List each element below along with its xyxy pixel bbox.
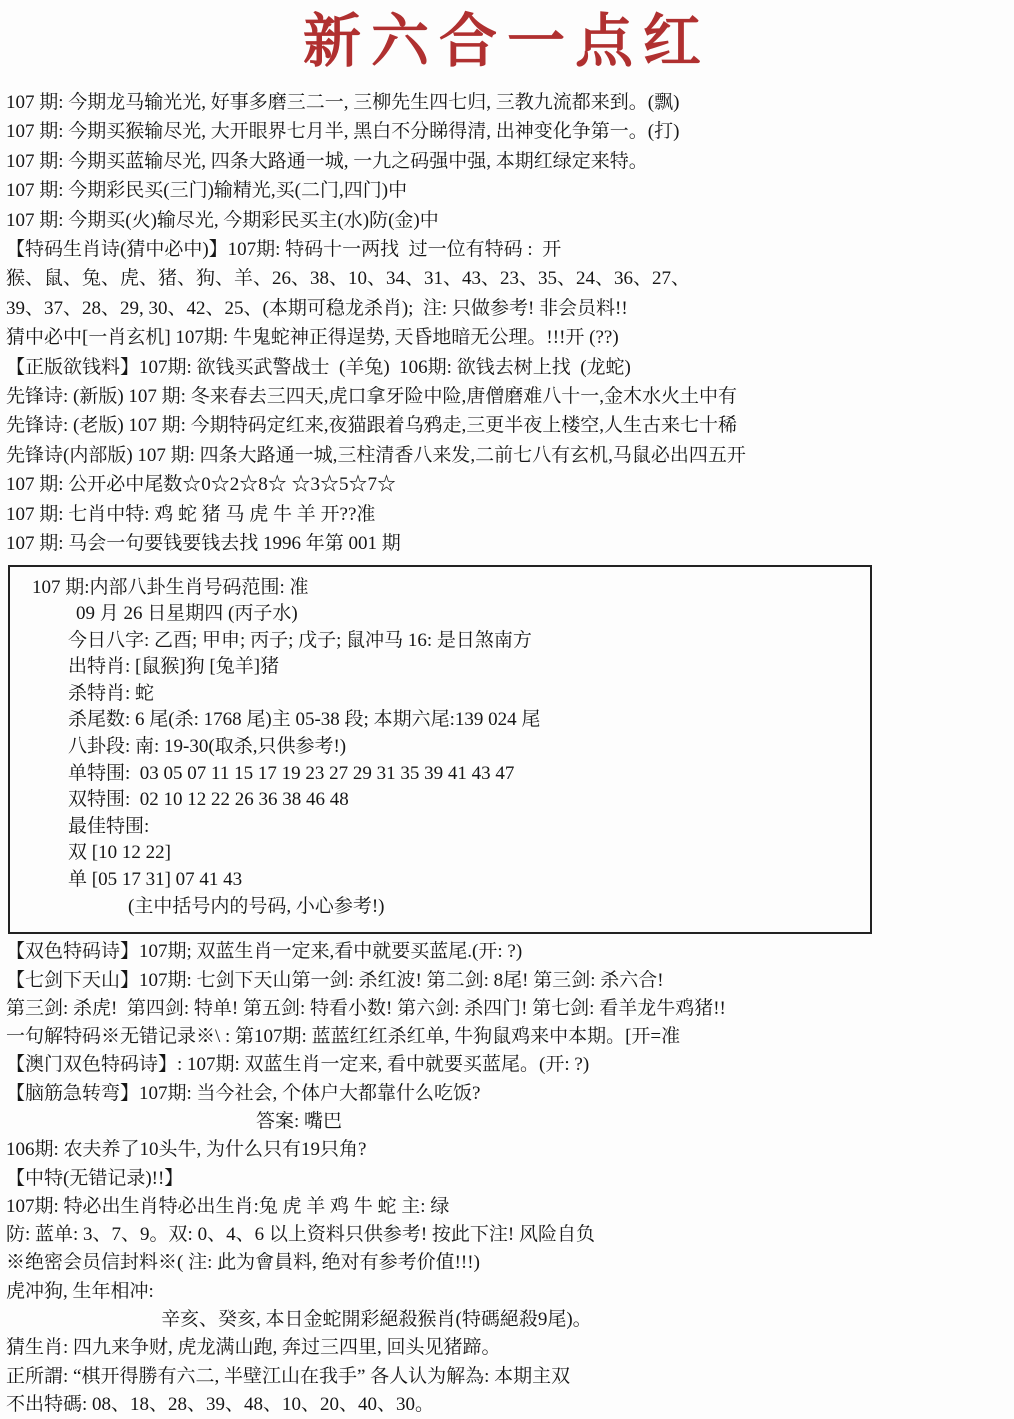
text-line: 一句解特码※无错记录※\ : 第107期: 蓝蓝红红杀红单, 牛狗鼠鸡来中本期。… [6, 1023, 1014, 1051]
box-line: 09 月 26 日星期四 (丙子水) [10, 601, 870, 628]
text-line: 答案: 嘴巴 [6, 1108, 1014, 1136]
box-line: 单特围: 03 05 07 11 15 17 19 23 27 29 31 35… [10, 761, 870, 788]
text-line: 【特码生肖诗(猜中必中)】107期: 特码十一两找 过一位有特码 : 开 [6, 235, 1014, 264]
text-line: 107 期: 今期买蓝输尽光, 四条大路通一城, 一九之码强中强, 本期红绿定来… [6, 147, 1014, 176]
box-line: 杀尾数: 6 尾(杀: 1768 尾)主 05-38 段; 本期六尾:139 0… [10, 707, 870, 734]
box-line: 出特肖: [鼠猴]狗 [兔羊]猪 [10, 654, 870, 681]
text-line: 【七剑下天山】107期: 七剑下天山第一剑: 杀红波! 第二剑: 8尾! 第三剑… [6, 967, 1014, 995]
text-line: 先锋诗: (新版) 107 期: 冬来春去三四天,虎口拿牙险中险,唐僧磨难八十一… [6, 382, 1014, 411]
text-line: 【正版欲钱料】107期: 欲钱买武警战士 (羊兔) 106期: 欲钱去树上找 (… [6, 353, 1014, 382]
text-line: 猜中必中[一肖玄机] 107期: 牛鬼蛇神正得逞势, 天昏地暗无公理。!!!开 … [6, 323, 1014, 352]
bottom-section: 【双色特码诗】107期; 双蓝生肖一定来,看中就要买蓝尾.(开: ?) 【七剑下… [0, 938, 1014, 1419]
text-line: 107 期: 七肖中特: 鸡 蛇 猪 马 虎 牛 羊 开??准 [6, 500, 1014, 529]
text-line: 不出特碼: 08、18、28、39、48、10、20、40、30。 [6, 1391, 1014, 1419]
box-line: 107 期:内部八卦生肖号码范围: 准 [10, 575, 870, 602]
text-line: 107期: 特必出生肖特必出生肖:兔 虎 羊 鸡 牛 蛇 主: 绿 [6, 1193, 1014, 1221]
text-line: 107 期: 今期买猴输尽光, 大开眼界七月半, 黑白不分睇得清, 出神变化争第… [6, 117, 1014, 146]
text-line: 107 期: 今期龙马输光光, 好事多磨三二一, 三柳先生四七归, 三教九流都来… [6, 88, 1014, 117]
text-line: 【双色特码诗】107期; 双蓝生肖一定来,看中就要买蓝尾.(开: ?) [6, 938, 1014, 966]
text-line: 107 期: 今期买(火)输尽光, 今期彩民买主(水)防(金)中 [6, 206, 1014, 235]
text-line: 107 期: 公开必中尾数☆0☆2☆8☆ ☆3☆5☆7☆ [6, 470, 1014, 499]
box-line: 八卦段: 南: 19-30(取杀,只供参考!) [10, 734, 870, 761]
tip-sheet-page: 新六合一点红 107 期: 今期龙马输光光, 好事多磨三二一, 三柳先生四七归,… [0, 0, 1014, 1419]
box-line: 单 [05 17 31] 07 41 43 [10, 867, 870, 894]
box-line: 最佳特围: [10, 814, 870, 841]
text-line: 107 期: 马会一句要钱要钱去找 1996 年第 001 期 [6, 529, 1014, 558]
top-section: 107 期: 今期龙马输光光, 好事多磨三二一, 三柳先生四七归, 三教九流都来… [0, 88, 1014, 559]
text-line: 正所謂: “棋开得勝有六二, 半壁江山在我手” 各人认为解為: 本期主双 [6, 1363, 1014, 1391]
page-title: 新六合一点红 [0, 6, 1014, 78]
text-line: 猴、鼠、兔、虎、猪、狗、羊、26、38、10、34、31、43、23、35、24… [6, 264, 1014, 293]
text-line: 辛亥、癸亥, 本日金蛇開彩絕殺猴肖(特碼絕殺9尾)。 [6, 1306, 1014, 1334]
box-line: 双特围: 02 10 12 22 26 36 38 46 48 [10, 787, 870, 814]
text-line: 第三剑: 杀虎! 第四剑: 特单! 第五剑: 特看小数! 第六剑: 杀四门! 第… [6, 995, 1014, 1023]
box-line: 杀特肖: 蛇 [10, 681, 870, 708]
text-line: 虎冲狗, 生年相冲: [6, 1278, 1014, 1306]
text-line: 先锋诗(内部版) 107 期: 四条大路通一城,三柱清香八来发,二前七八有玄机,… [6, 441, 1014, 470]
box-line: (主中括号内的号码, 小心参考!) [10, 894, 870, 921]
box-line: 今日八字: 乙酉; 甲申; 丙子; 戊子; 鼠冲马 16: 是日煞南方 [10, 628, 870, 655]
text-line: 防: 蓝单: 3、7、9。双: 0、4、6 以上资料只供参考! 按此下注! 风险… [6, 1221, 1014, 1249]
text-line: 106期: 农夫养了10头牛, 为什么只有19只角? [6, 1136, 1014, 1164]
text-line: ※绝密会员信封料※( 注: 此为會員料, 绝对有参考价值!!!) [6, 1249, 1014, 1277]
text-line: 【中特(无错记录)!!】 [6, 1165, 1014, 1193]
text-line: 39、37、28、29, 30、42、25、(本期可稳龙杀肖); 注: 只做参考… [6, 294, 1014, 323]
text-line: 【澳门双色特码诗】: 107期: 双蓝生肖一定来, 看中就要买蓝尾。(开: ?) [6, 1051, 1014, 1079]
box-line: 双 [10 12 22] [10, 840, 870, 867]
text-line: 先锋诗: (老版) 107 期: 今期特码定红来,夜猫跟着乌鸦走,三更半夜上楼空… [6, 411, 1014, 440]
text-line: 107 期: 今期彩民买(三门)输精光,买(二门,四门)中 [6, 176, 1014, 205]
text-line: 【脑筋急转弯】107期: 当今社会, 个体户大都靠什么吃饭? [6, 1080, 1014, 1108]
text-line: 猜生肖: 四九来争财, 虎龙满山跑, 奔过三四里, 回头见猪蹄。 [6, 1334, 1014, 1362]
bagua-info-box: 107 期:内部八卦生肖号码范围: 准 09 月 26 日星期四 (丙子水) 今… [8, 565, 872, 935]
